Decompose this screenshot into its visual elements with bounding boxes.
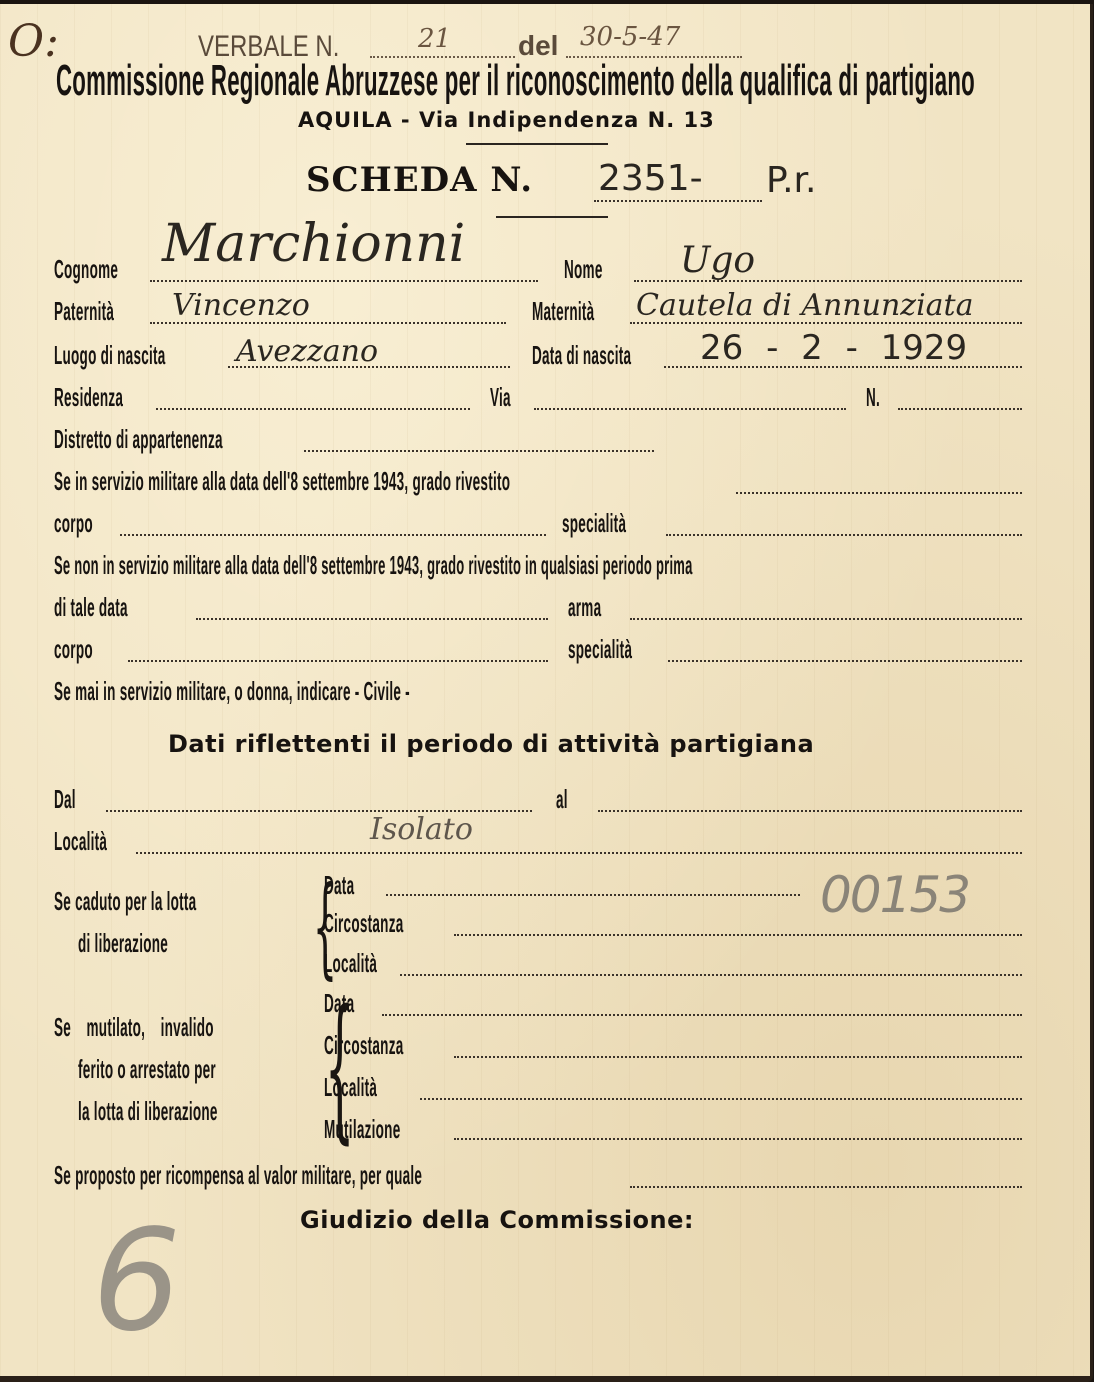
verbale-number: 21 <box>418 24 451 54</box>
margin-mark: O: <box>8 16 59 67</box>
not-in-service-label: Se non in servizio militare alla data de… <box>54 550 693 581</box>
specialita2-label: specialità <box>568 634 632 665</box>
wounded-circostanza-field[interactable] <box>454 1056 1022 1058</box>
maternita-value[interactable]: Cautela di Annunziata <box>636 288 974 323</box>
wounded-circostanza-label: Circostanza <box>324 1030 404 1061</box>
scheda-label: SCHEDA N. <box>306 160 533 200</box>
address: AQUILA - Via Indipendenza N. 13 <box>298 108 715 132</box>
wounded-label-line2: ferito o arrestato per <box>78 1054 216 1085</box>
never-in-service-label: Se mai in servizio militare, o donna, in… <box>54 676 410 707</box>
title-wrap: Commissione Regionale Abruzzese per il r… <box>56 56 1094 106</box>
wounded-localita-field[interactable] <box>420 1098 1022 1100</box>
commission-title: Commissione Regionale Abruzzese per il r… <box>56 56 975 106</box>
wounded-localita-label: Località <box>324 1072 377 1103</box>
fallen-circostanza-field[interactable] <box>454 934 1022 936</box>
cognome-field[interactable] <box>150 280 538 282</box>
wounded-data-field[interactable] <box>382 1014 1022 1016</box>
scheda-suffix: P.r. <box>766 160 816 201</box>
corpo-field[interactable] <box>120 534 546 536</box>
pencil-archive-number: 00153 <box>820 866 969 924</box>
luogo-nascita-value[interactable]: Avezzano <box>236 334 378 369</box>
scheda-number-line <box>594 200 762 202</box>
localita-field[interactable] <box>136 852 1022 854</box>
scheda-number: 2351- <box>598 158 703 199</box>
fallen-localita-label: Località <box>324 948 377 979</box>
residenza-label: Residenza <box>54 382 123 413</box>
arma-field[interactable] <box>630 618 1022 620</box>
nome-value[interactable]: Ugo <box>680 240 755 281</box>
via-field[interactable] <box>534 408 846 410</box>
paternita-label: Paternità <box>54 296 114 327</box>
award-field[interactable] <box>630 1186 1022 1188</box>
luogo-nascita-label: Luogo di nascita <box>54 340 166 371</box>
cognome-value[interactable]: Marchionni <box>162 214 465 274</box>
dal-label: Dal <box>54 784 76 815</box>
localita-value[interactable]: Isolato <box>370 812 473 847</box>
fallen-data-field[interactable] <box>386 894 800 896</box>
nome-label: Nome <box>564 254 603 285</box>
numero-field[interactable] <box>898 408 1022 410</box>
di-tale-data-field[interactable] <box>196 618 548 620</box>
localita-label: Località <box>54 826 107 857</box>
fallen-label-line2: di liberazione <box>78 928 168 959</box>
verbale-date: 30-5-47 <box>580 22 680 52</box>
divider-bottom <box>496 216 608 218</box>
wounded-mutilazione-label: Mutilazione <box>324 1114 400 1145</box>
fallen-localita-field[interactable] <box>400 974 1022 976</box>
di-tale-data-label: di tale data <box>54 592 128 623</box>
wounded-mutilazione-field[interactable] <box>454 1138 1022 1140</box>
fallen-data-label: Data <box>324 870 354 901</box>
grado-field[interactable] <box>736 492 1022 494</box>
wounded-data-label: Data <box>324 988 354 1019</box>
specialita-label: specialità <box>562 508 626 539</box>
data-nascita-label: Data di nascita <box>532 340 631 371</box>
wounded-label-line1: Se mutilato, invalido <box>54 1012 214 1043</box>
specialita2-field[interactable] <box>668 660 1022 662</box>
distretto-field[interactable] <box>304 450 654 452</box>
partisan-section-title: Dati riflettenti il periodo di attività … <box>168 730 814 758</box>
fallen-circostanza-label: Circostanza <box>324 908 404 939</box>
maternita-label: Maternità <box>532 296 594 327</box>
specialita-field[interactable] <box>666 534 1022 536</box>
residenza-field[interactable] <box>156 408 470 410</box>
pencil-mark: 6 <box>92 1200 181 1363</box>
judgment-title: Giudizio della Commissione: <box>300 1206 694 1234</box>
corpo2-label: corpo <box>54 634 93 665</box>
divider-top <box>466 143 608 145</box>
in-service-label: Se in servizio militare alla data dell'8… <box>54 466 510 497</box>
partisan-record-card: O: VERBALE N. 21 del 30-5-47 Commissione… <box>0 4 1093 1382</box>
arma-label: arma <box>568 592 601 623</box>
data-nascita-value[interactable]: 26 - 2 - 1929 <box>700 328 967 368</box>
paternita-value[interactable]: Vincenzo <box>172 288 310 323</box>
fallen-label-line1: Se caduto per la lotta <box>54 886 196 917</box>
via-label: Via <box>490 382 511 413</box>
wounded-label-line3: la lotta di liberazione <box>78 1096 218 1127</box>
award-label: Se proposto per ricompensa al valor mili… <box>54 1160 422 1191</box>
numero-label: N. <box>866 382 880 413</box>
corpo-label: corpo <box>54 508 93 539</box>
al-label: al <box>556 784 568 815</box>
al-field[interactable] <box>598 810 1022 812</box>
cognome-label: Cognome <box>54 254 118 285</box>
corpo2-field[interactable] <box>128 660 548 662</box>
distretto-label: Distretto di appartenenza <box>54 424 223 455</box>
